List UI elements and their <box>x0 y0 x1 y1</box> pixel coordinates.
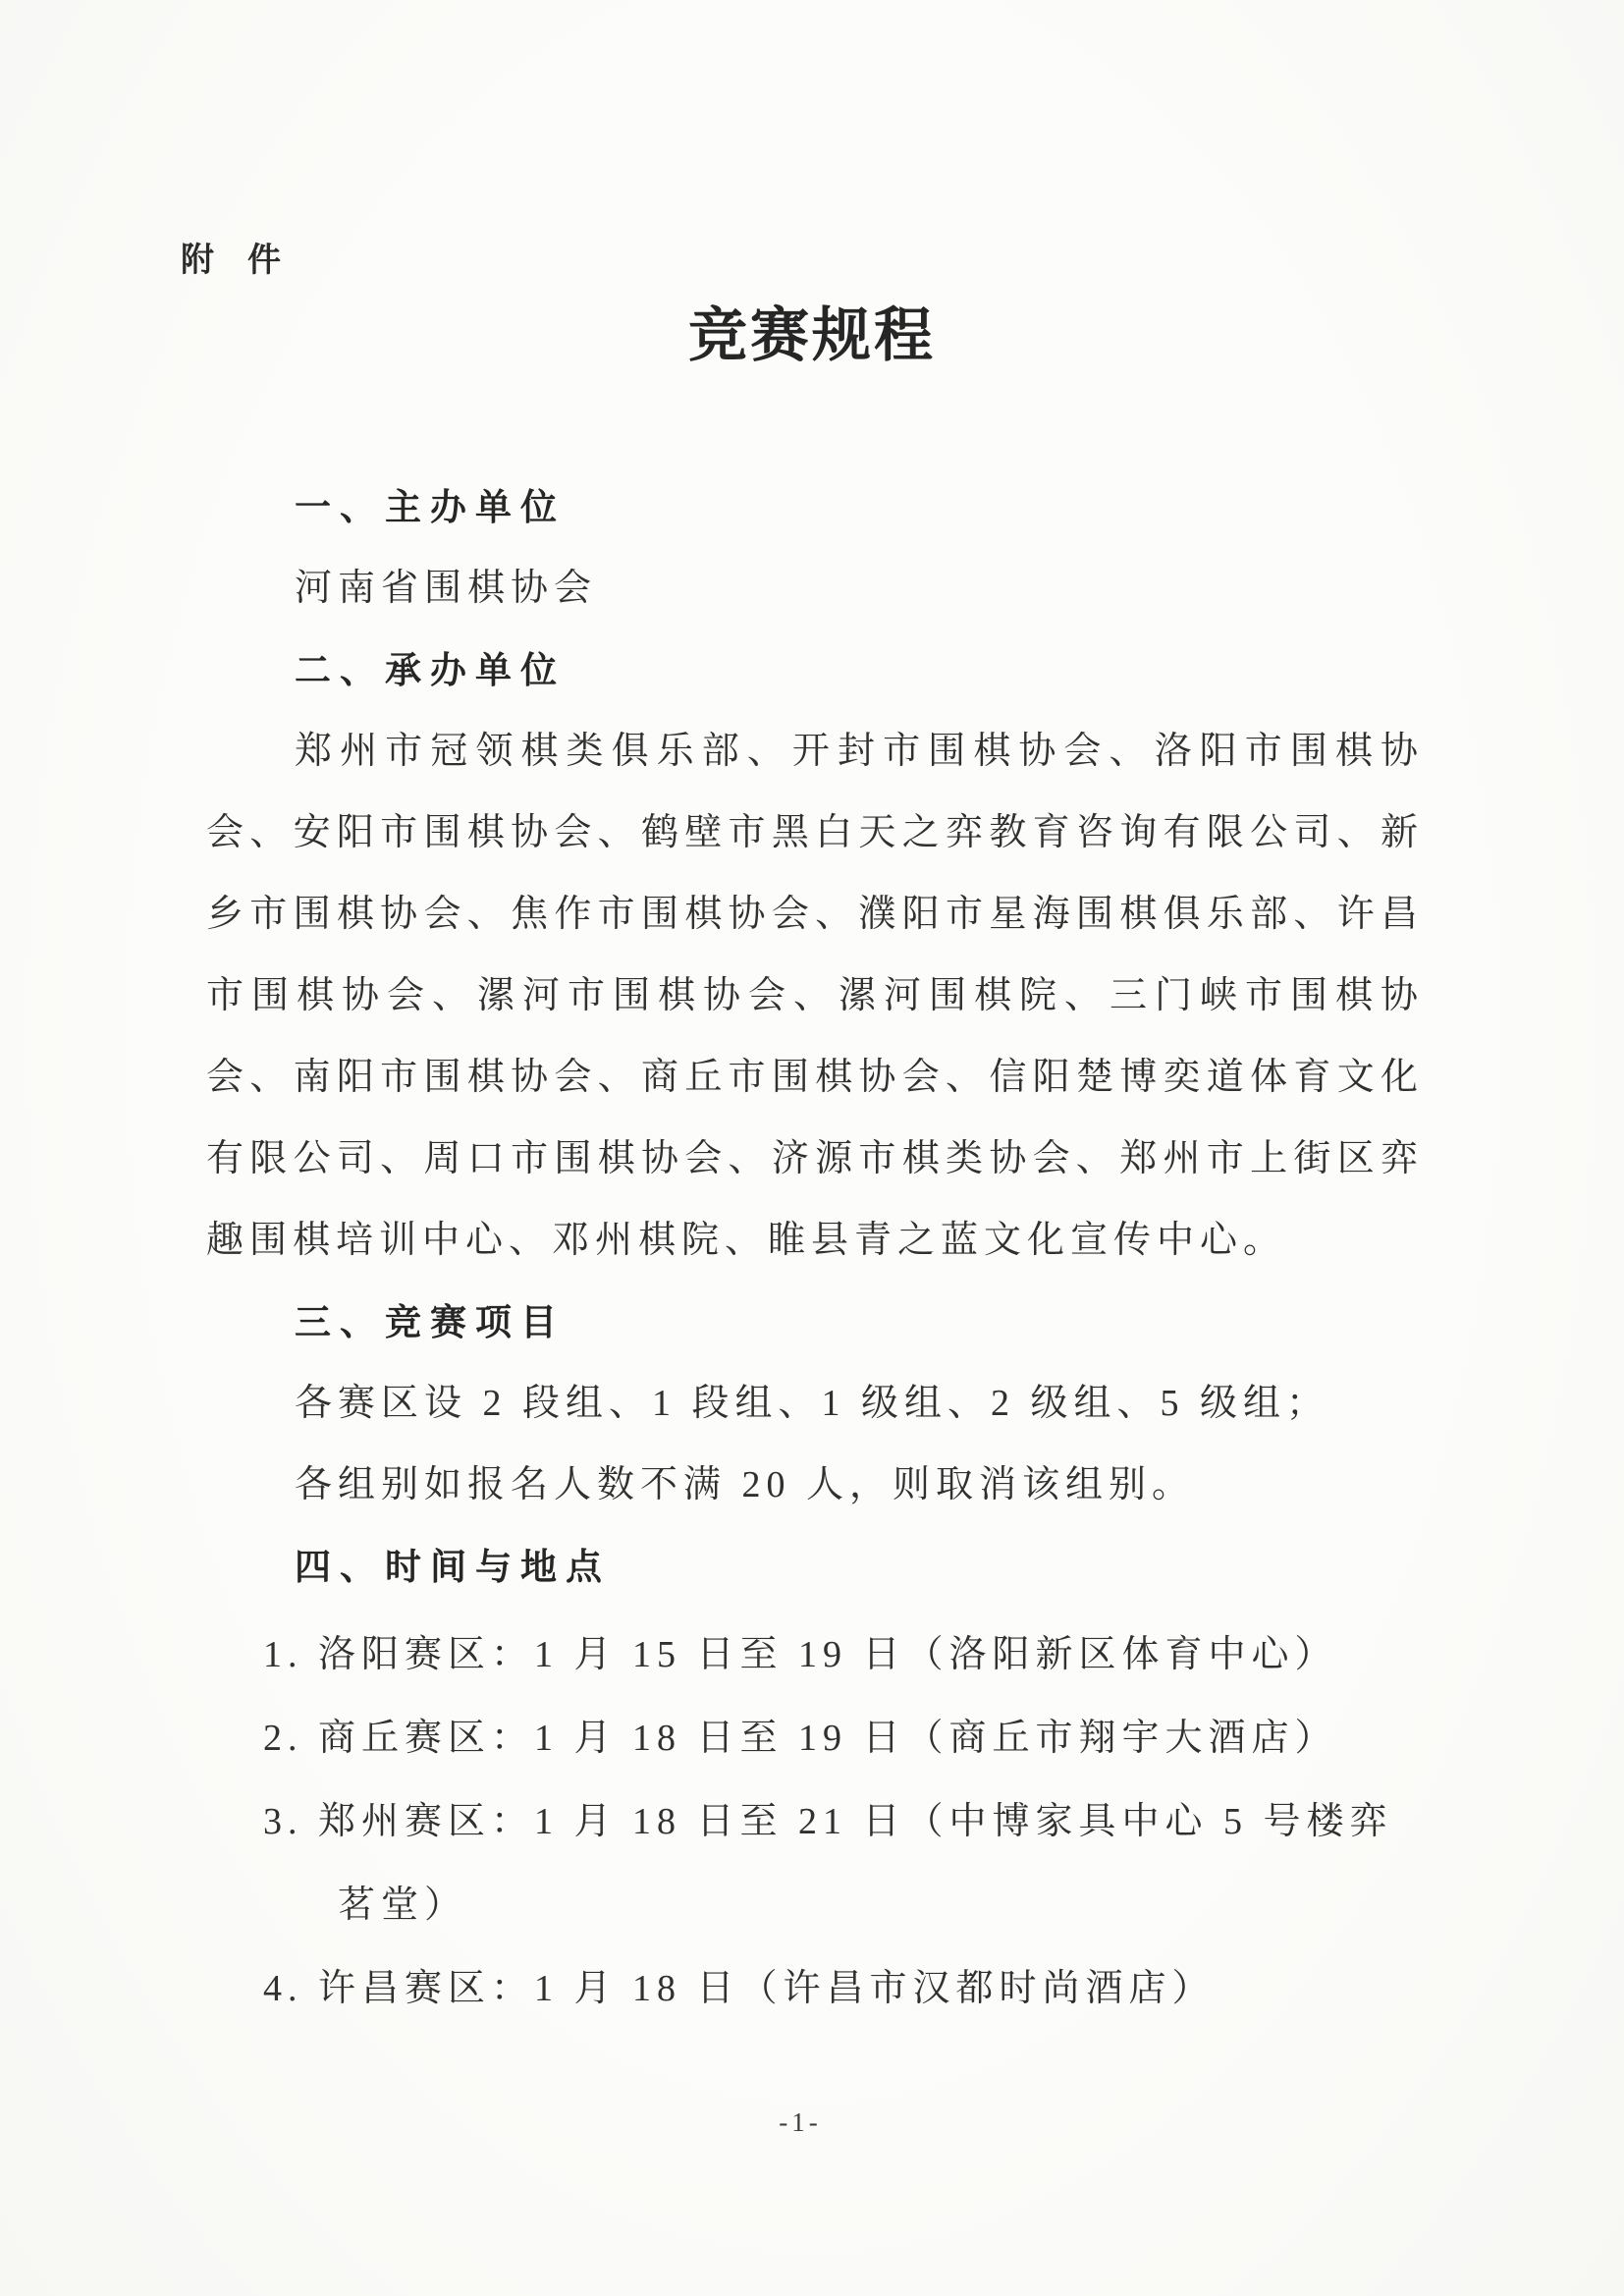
section-heading-organizers: 二、承办单位 <box>206 629 1424 711</box>
section-heading-time-and-location: 四、时间与地点 <box>206 1526 1424 1608</box>
document-body: 一、主办单位 河南省围棋协会 二、承办单位 郑州市冠领棋类俱乐部、开封市围棋协会… <box>206 466 1424 2031</box>
document-title: 竞赛规程 <box>0 304 1624 366</box>
section-heading-competition-events: 三、竞赛项目 <box>206 1282 1424 1363</box>
competition-groups-text: 各赛区设 2 段组、1 段组、1 级组、2 级组、5 级组； <box>206 1363 1424 1445</box>
venue-list: 1. 洛阳赛区：1 月 15 日至 19 日（洛阳新区体育中心） 2. 商丘赛区… <box>206 1613 1424 2031</box>
scanned-document-page: 附 件 竞赛规程 一、主办单位 河南省围棋协会 二、承办单位 郑州市冠领棋类俱乐… <box>0 0 1624 2296</box>
list-item-xuchang-venue: 4. 许昌赛区：1 月 18 日（许昌市汉都时尚酒店） <box>263 1947 1424 2031</box>
host-organization-text: 河南省围棋协会 <box>206 548 1424 629</box>
list-item-luoyang-venue: 1. 洛阳赛区：1 月 15 日至 19 日（洛阳新区体育中心） <box>263 1613 1424 1697</box>
attachment-label: 附 件 <box>181 244 281 277</box>
list-item-shangqiu-venue: 2. 商丘赛区：1 月 18 日至 19 日（商丘市翔宇大酒店） <box>263 1697 1424 1780</box>
page-number: -1- <box>0 2107 1600 2138</box>
group-cancellation-rule-text: 各组别如报名人数不满 20 人，则取消该组别。 <box>206 1445 1424 1526</box>
list-item-zhengzhou-venue: 3. 郑州赛区：1 月 18 日至 21 日（中博家具中心 5 号楼弈茗堂） <box>263 1780 1424 1947</box>
section-heading-host-organization: 一、主办单位 <box>206 466 1424 548</box>
organizers-paragraph: 郑州市冠领棋类俱乐部、开封市围棋协会、洛阳市围棋协会、安阳市围棋协会、鹤壁市黑白… <box>206 711 1424 1282</box>
